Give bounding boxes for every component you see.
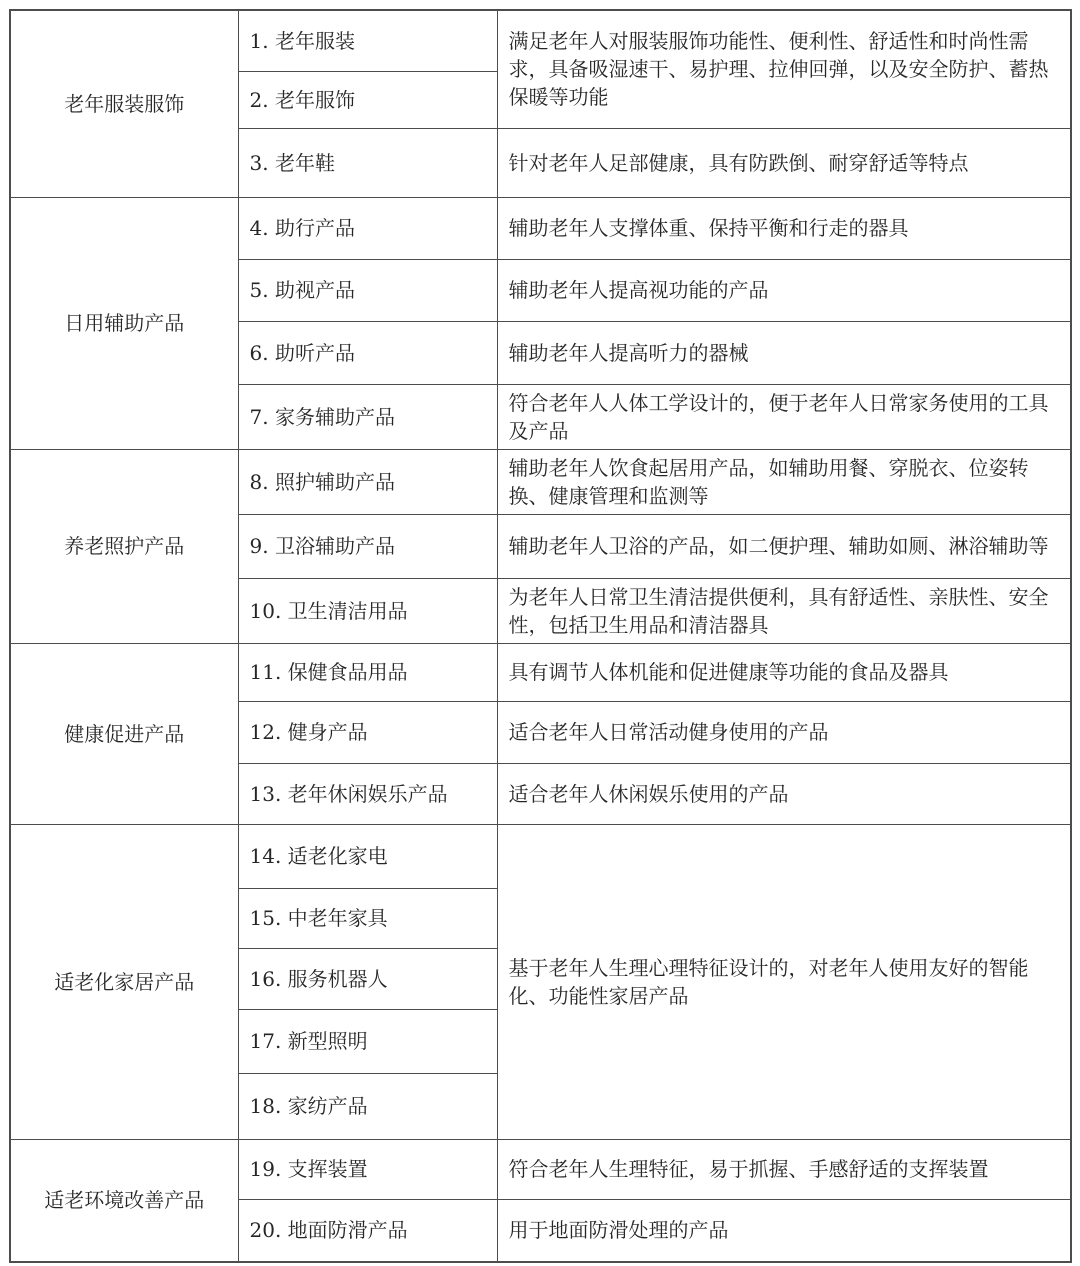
category-cell: 适老化家居产品 — [10, 824, 238, 1139]
description-cell: 具有调节人体机能和促进健康等功能的食品及器具 — [497, 643, 1071, 701]
item-cell: 12. 健身产品 — [238, 701, 497, 763]
item-cell: 7. 家务辅助产品 — [238, 384, 497, 449]
description-cell: 满足老年人对服装服饰功能性、便利性、舒适性和时尚性需求，具备吸湿速干、易护理、拉… — [497, 10, 1071, 128]
item-cell: 11. 保健食品用品 — [238, 643, 497, 701]
category-cell: 健康促进产品 — [10, 643, 238, 824]
document-page: 老年服装服饰 1. 老年服装 满足老年人对服装服饰功能性、便利性、舒适性和时尚性… — [9, 9, 1072, 1263]
description-cell: 辅助老年人饮食起居用产品，如辅助用餐、穿脱衣、位姿转换、健康管理和监测等 — [497, 449, 1071, 514]
description-cell: 基于老年人生理心理特征设计的，对老年人使用友好的智能化、功能性家居产品 — [497, 824, 1071, 1139]
description-cell: 辅助老年人卫浴的产品，如二便护理、辅助如厕、淋浴辅助等 — [497, 514, 1071, 578]
description-cell: 符合老年人生理特征，易于抓握、手感舒适的支挥装置 — [497, 1139, 1071, 1199]
description-cell: 辅助老年人提高视功能的产品 — [497, 259, 1071, 321]
item-cell: 5. 助视产品 — [238, 259, 497, 321]
category-cell: 养老照护产品 — [10, 449, 238, 643]
item-cell: 13. 老年休闲娱乐产品 — [238, 763, 497, 824]
item-cell: 17. 新型照明 — [238, 1009, 497, 1073]
item-cell: 9. 卫浴辅助产品 — [238, 514, 497, 578]
category-cell: 日用辅助产品 — [10, 197, 238, 449]
item-cell: 20. 地面防滑产品 — [238, 1199, 497, 1262]
description-cell: 适合老年人日常活动健身使用的产品 — [497, 701, 1071, 763]
item-cell: 16. 服务机器人 — [238, 948, 497, 1009]
item-cell: 10. 卫生清洁用品 — [238, 578, 497, 643]
elderly-products-table: 老年服装服饰 1. 老年服装 满足老年人对服装服饰功能性、便利性、舒适性和时尚性… — [9, 9, 1072, 1263]
item-cell: 15. 中老年家具 — [238, 888, 497, 948]
item-cell: 14. 适老化家电 — [238, 824, 497, 888]
description-cell: 用于地面防滑处理的产品 — [497, 1199, 1071, 1262]
category-cell: 适老环境改善产品 — [10, 1139, 238, 1262]
item-cell: 2. 老年服饰 — [238, 71, 497, 128]
item-cell: 1. 老年服装 — [238, 10, 497, 71]
item-cell: 8. 照护辅助产品 — [238, 449, 497, 514]
item-cell: 18. 家纺产品 — [238, 1073, 497, 1139]
item-cell: 3. 老年鞋 — [238, 128, 497, 197]
description-cell: 适合老年人休闲娱乐使用的产品 — [497, 763, 1071, 824]
item-cell: 6. 助听产品 — [238, 321, 497, 384]
category-cell: 老年服装服饰 — [10, 10, 238, 197]
item-cell: 4. 助行产品 — [238, 197, 497, 259]
item-cell: 19. 支挥装置 — [238, 1139, 497, 1199]
description-cell: 符合老年人人体工学设计的，便于老年人日常家务使用的工具及产品 — [497, 384, 1071, 449]
description-cell: 针对老年人足部健康，具有防跌倒、耐穿舒适等特点 — [497, 128, 1071, 197]
description-cell: 辅助老年人提高听力的器械 — [497, 321, 1071, 384]
description-cell: 为老年人日常卫生清洁提供便利，具有舒适性、亲肤性、安全性，包括卫生用品和清洁器具 — [497, 578, 1071, 643]
description-cell: 辅助老年人支撑体重、保持平衡和行走的器具 — [497, 197, 1071, 259]
